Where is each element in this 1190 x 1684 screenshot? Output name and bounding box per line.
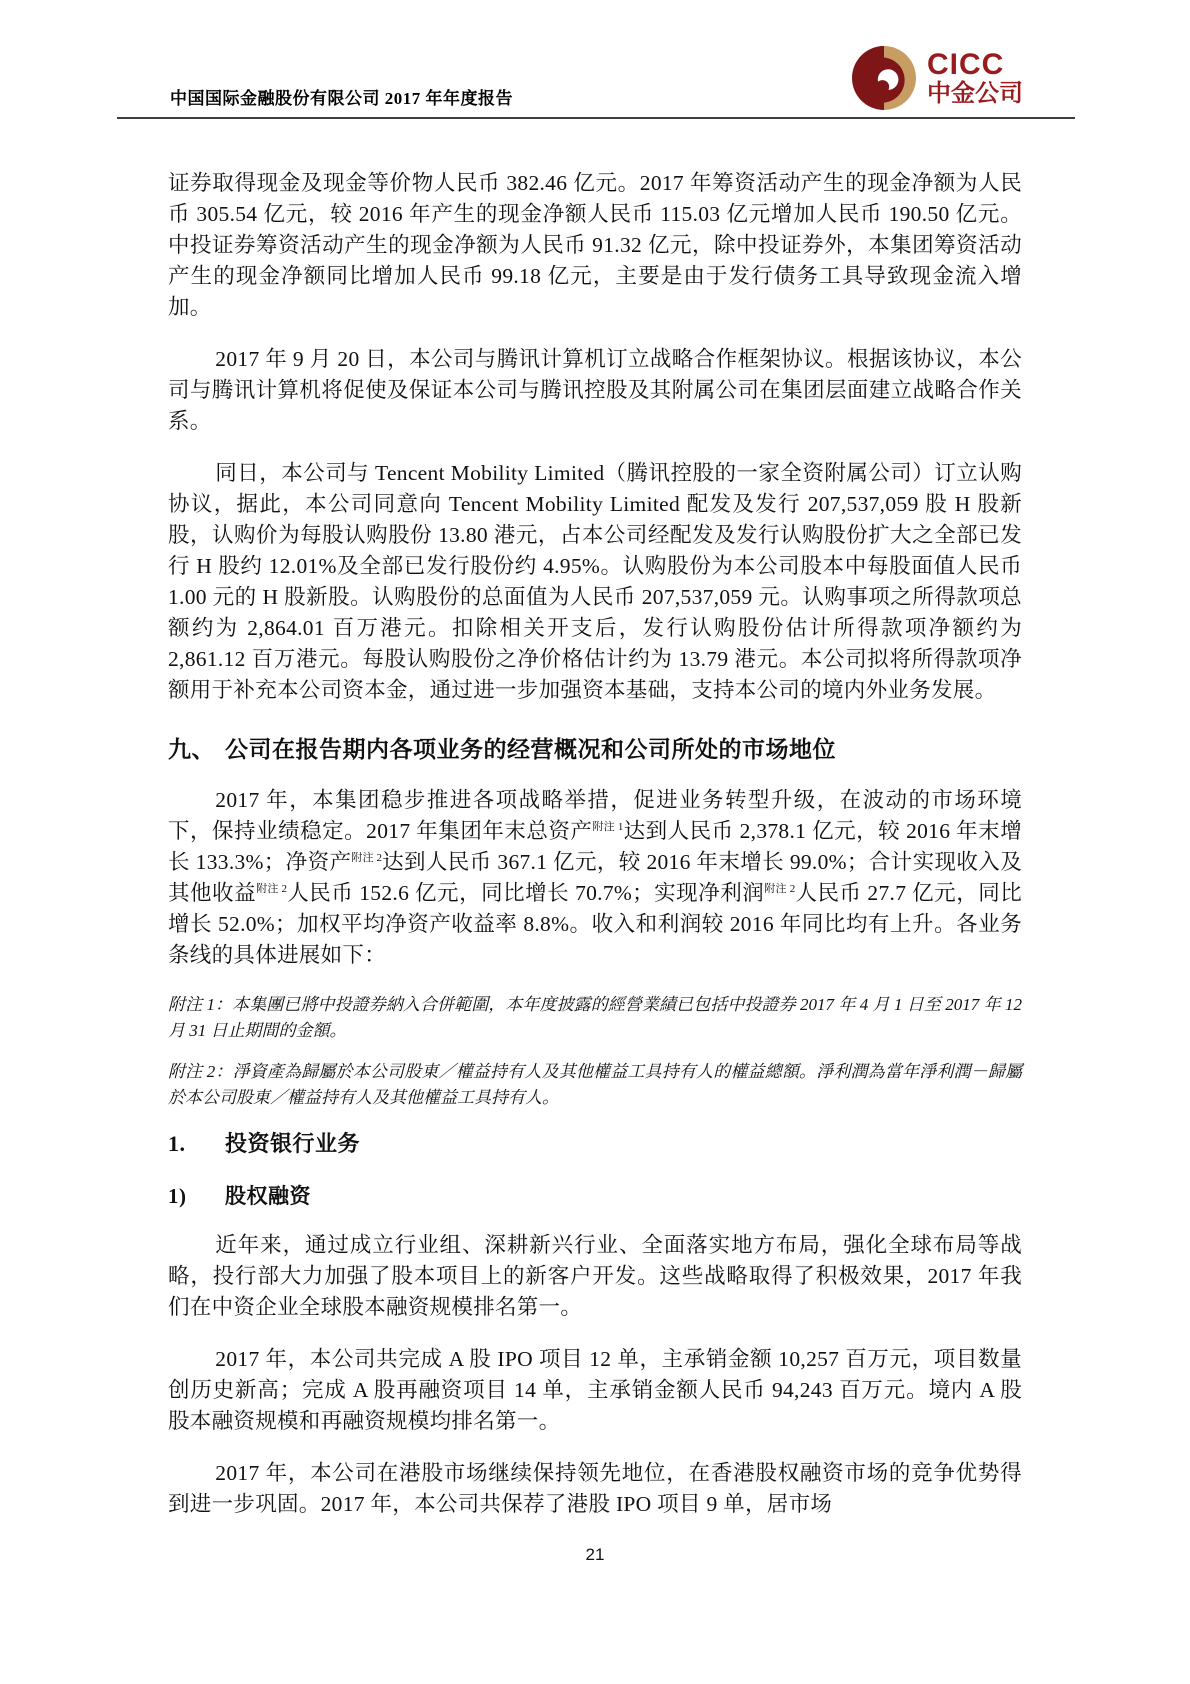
paragraph-cash-flow: 证券取得现金及现金等价物人民币 382.46 亿元。2017 年筹资活动产生的现…	[168, 168, 1022, 323]
section-heading-1: 1.投资银行业务	[168, 1127, 1022, 1158]
paragraph-subscription: 同日，本公司与 Tencent Mobility Limited（腾讯控股的一家…	[168, 458, 1022, 706]
page-number: 21	[168, 1545, 1022, 1565]
cicc-logo-text: CICC 中金公司	[927, 50, 1023, 106]
footnote-ref-2b-icon: 附注 2	[256, 883, 287, 895]
footnote-ref-1-icon: 附注 1	[592, 821, 623, 833]
subsection-heading-1: 1)股权融资	[168, 1180, 1022, 1210]
cicc-logo: CICC 中金公司	[851, 45, 1023, 111]
paragraph-business-overview: 2017 年，本集团稳步推进各项战略举措，促进业务转型升级，在波动的市场环境下，…	[168, 785, 1022, 971]
cicc-logo-text-zh: 中金公司	[927, 82, 1023, 106]
footnote-ref-2c-icon: 附注 2	[764, 883, 795, 895]
paragraph-hk-market: 2017 年，本公司在港股市场继续保持领先地位，在香港股权融资市场的竞争优势得到…	[168, 1458, 1022, 1520]
section-9-marker: 九、	[168, 731, 225, 764]
subsection-1-title: 股权融资	[225, 1184, 311, 1208]
section-9-title: 公司在报告期内各项业务的经营概况和公司所处的市场地位	[225, 737, 836, 762]
section-1-title: 投资银行业务	[225, 1131, 360, 1156]
cicc-logo-text-en: CICC	[927, 50, 1023, 80]
header-divider	[117, 117, 1075, 119]
section-heading-9: 九、公司在报告期内各项业务的经营概况和公司所处的市场地位	[168, 731, 1022, 764]
footnote-ref-2-icon: 附注 2	[351, 852, 382, 864]
subsection-1-marker: 1)	[168, 1184, 225, 1209]
footnote-2: 附注 2：淨資產為歸屬於本公司股東／權益持有人及其他權益工具持有人的權益總額。淨…	[168, 1059, 1022, 1111]
paragraph-a-share-ipo: 2017 年，本公司共完成 A 股 IPO 项目 12 单，主承销金额 10,2…	[168, 1344, 1022, 1437]
footnote-1: 附注 1：本集團已將中投證券納入合併範圍，本年度披露的經營業績已包括中投證券 2…	[168, 992, 1022, 1044]
overview-seg-3: 人民币 152.6 亿元，同比增长 70.7%；实现净利润	[287, 881, 764, 905]
report-page: 中国国际金融股份有限公司 2017 年年度报告 CICC 中金公司 证券取得现金…	[0, 0, 1190, 1684]
report-header-title: 中国国际金融股份有限公司 2017 年年度报告	[170, 84, 513, 109]
paragraph-equity-strategy: 近年来，通过成立行业组、深耕新兴行业、全面落实地方布局，强化全球布局等战略，投行…	[168, 1230, 1022, 1323]
paragraph-tencent-framework: 2017 年 9 月 20 日，本公司与腾讯计算机订立战略合作框架协议。根据该协…	[168, 344, 1022, 437]
cicc-logo-icon	[851, 45, 917, 111]
section-1-marker: 1.	[168, 1131, 225, 1157]
report-body: 证券取得现金及现金等价物人民币 382.46 亿元。2017 年筹资活动产生的现…	[168, 168, 1022, 1541]
